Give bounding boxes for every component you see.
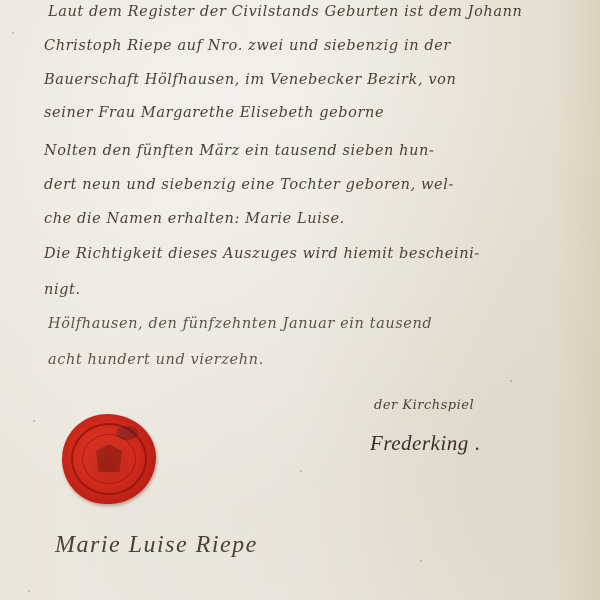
paper-speck xyxy=(12,32,14,34)
paper-background xyxy=(0,0,600,600)
document-line-4-text: seiner Frau Margarethe Elisebeth geborne xyxy=(44,105,384,121)
signature-name-text: Frederking xyxy=(370,431,469,455)
document-line-7: che die Namen erhalten: Marie Luise. xyxy=(44,211,345,227)
paper-speck xyxy=(300,470,302,472)
paper-speck xyxy=(510,380,512,382)
document-line-1: Laut dem Register der Civilstands Geburt… xyxy=(48,4,522,20)
seal-wear-mark xyxy=(116,426,138,440)
document-line-10: Hölfhausen, den fünfzehnten Januar ein t… xyxy=(48,316,432,332)
bottom-annotation: Marie Luise Riepe xyxy=(55,532,258,559)
document-line-4: seiner Frau Margarethe Elisebeth geborne xyxy=(44,105,384,121)
document-line-9: nigt. xyxy=(44,282,81,298)
document-line-5: Nolten den fünften März ein tausend sieb… xyxy=(44,143,434,159)
signature-block: der Kirchspiel Frederking . xyxy=(370,398,480,456)
document-line-8: Die Richtigkeit dieses Auszuges wird hie… xyxy=(44,246,480,262)
document-line-11: acht hundert und vierzehn. xyxy=(48,352,264,368)
wax-seal: · · · · · · · · · · · xyxy=(62,414,156,504)
paper-speck xyxy=(33,420,35,422)
signature-title: der Kirchspiel xyxy=(374,398,480,413)
paper-speck xyxy=(420,560,422,562)
paper-speck xyxy=(28,590,30,592)
signature-name: Frederking . xyxy=(370,431,480,456)
seal-inscription: · · · · · · · · · · · xyxy=(62,424,156,430)
signature-period: . xyxy=(474,431,480,455)
document-line-2: Christoph Riepe auf Nro. zwei und sieben… xyxy=(44,38,451,54)
document-line-6: dert neun und siebenzig eine Tochter geb… xyxy=(44,177,454,193)
document-line-3: Bauerschaft Hölfhausen, im Venebecker Be… xyxy=(44,72,456,88)
